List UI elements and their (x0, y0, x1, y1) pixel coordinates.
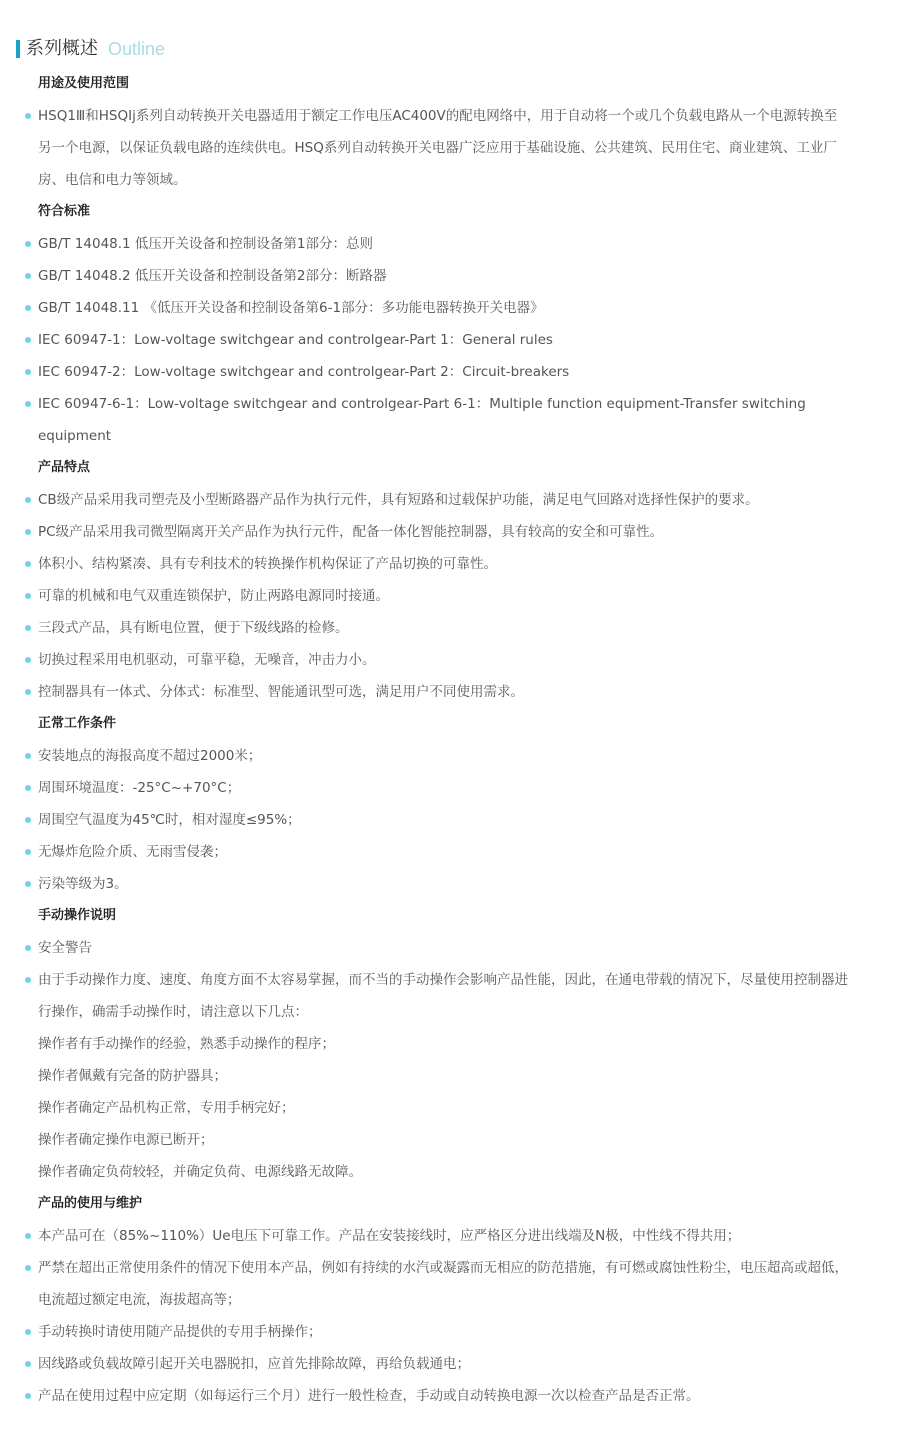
section-heading: 产品的使用与维护 (0, 1188, 900, 1220)
bullet-dot-icon (25, 401, 31, 407)
bullet-dot-icon (25, 337, 31, 343)
list-item-text: 本产品可在（85%~110%）Ue电压下可靠工作。产品在安装接线时，应严格区分进… (38, 1228, 740, 1244)
list-item-text: GB/T 14048.1 低压开关设备和控制设备第1部分：总则 (38, 236, 373, 252)
section-heading: 用途及使用范围 (0, 68, 900, 100)
list-item-text: 操作者佩戴有完备的防护器具； (38, 1068, 227, 1084)
bullet-dot-icon (25, 625, 31, 631)
list-item-text: 操作者有手动操作的经验，熟悉手动操作的程序； (38, 1036, 335, 1052)
list-item-text: 三段式产品，具有断电位置，便于下级线路的检修。 (38, 620, 349, 636)
bullet-dot-icon (25, 977, 31, 983)
bullet-dot-icon (25, 657, 31, 663)
list-item: 周围环境温度：-25°C~+70°C； (0, 772, 900, 804)
list-item: GB/T 14048.2 低压开关设备和控制设备第2部分：断路器 (0, 260, 900, 292)
bullet-dot-icon (25, 1233, 31, 1239)
list-item-text: 操作者确定负荷较轻，并确定负荷、电源线路无故障。 (38, 1164, 362, 1180)
list-item: 控制器具有一体式、分体式：标准型、智能通讯型可选，满足用户不同使用需求。 (0, 676, 900, 708)
list-item: 操作者确定负荷较轻，并确定负荷、电源线路无故障。 (0, 1156, 900, 1188)
bullet-dot-icon (25, 1329, 31, 1335)
list-item-text: 安装地点的海报高度不超过2000米； (38, 748, 261, 764)
bullet-dot-icon (25, 881, 31, 887)
list-item: PC级产品采用我司微型隔离开关产品作为执行元件，配备一体化智能控制器，具有较高的… (0, 516, 900, 548)
bullet-dot-icon (25, 817, 31, 823)
list-item: 周围空气温度为45℃时，相对湿度≤95%； (0, 804, 900, 836)
list-item-text: 因线路或负载故障引起开关电器脱扣，应首先排除故障，再给负载通电； (38, 1356, 470, 1372)
list-item: GB/T 14048.11 《低压开关设备和控制设备第6-1部分：多功能电器转换… (0, 292, 900, 324)
list-item: 操作者佩戴有完备的防护器具； (0, 1060, 900, 1092)
list-item-text: 周围环境温度：-25°C~+70°C； (38, 780, 240, 796)
list-item-text: 无爆炸危险介质、无雨雪侵袭； (38, 844, 227, 860)
bullet-dot-icon (25, 945, 31, 951)
bullet-dot-icon (25, 497, 31, 503)
list-item-text: GB/T 14048.11 《低压开关设备和控制设备第6-1部分：多功能电器转换… (38, 300, 544, 316)
list-item: 三段式产品，具有断电位置，便于下级线路的检修。 (0, 612, 900, 644)
list-item-text: PC级产品采用我司微型隔离开关产品作为执行元件，配备一体化智能控制器，具有较高的… (38, 524, 663, 540)
list-item: GB/T 14048.1 低压开关设备和控制设备第1部分：总则 (0, 228, 900, 260)
list-item-text: 周围空气温度为45℃时，相对湿度≤95%； (38, 812, 301, 828)
bullet-dot-icon (25, 273, 31, 279)
title-english: Outline (108, 38, 165, 60)
list-item: 严禁在超出正常使用条件的情况下使用本产品，例如有持续的水汽或凝露而无相应的防范措… (0, 1252, 900, 1316)
list-item: 可靠的机械和电气双重连锁保护，防止两路电源同时接通。 (0, 580, 900, 612)
list-item: 本产品可在（85%~110%）Ue电压下可靠工作。产品在安装接线时，应严格区分进… (0, 1220, 900, 1252)
list-item: 无爆炸危险介质、无雨雪侵袭； (0, 836, 900, 868)
list-item-text: GB/T 14048.2 低压开关设备和控制设备第2部分：断路器 (38, 268, 387, 284)
list-item-text: 手动转换时请使用随产品提供的专用手柄操作； (38, 1324, 322, 1340)
list-item: 由于手动操作力度、速度、角度方面不太容易掌握，而不当的手动操作会影响产品性能，因… (0, 964, 900, 1028)
list-item-text: 可靠的机械和电气双重连锁保护，防止两路电源同时接通。 (38, 588, 389, 604)
list-item: 产品在使用过程中应定期（如每运行三个月）进行一般性检查，手动或自动转换电源一次以… (0, 1380, 900, 1412)
title-accent-bar (16, 40, 20, 58)
list-item: 操作者有手动操作的经验，熟悉手动操作的程序； (0, 1028, 900, 1060)
list-item-text: IEC 60947-1：Low-voltage switchgear and c… (38, 332, 553, 348)
bullet-dot-icon (25, 241, 31, 247)
list-item-text: IEC 60947-2：Low-voltage switchgear and c… (38, 364, 569, 380)
list-item-text: 操作者确定操作电源已断开； (38, 1132, 214, 1148)
list-item-text: 严禁在超出正常使用条件的情况下使用本产品，例如有持续的水汽或凝露而无相应的防范措… (38, 1260, 848, 1308)
list-item: 操作者确定操作电源已断开； (0, 1124, 900, 1156)
list-item: 操作者确定产品机构正常，专用手柄完好； (0, 1092, 900, 1124)
bullet-dot-icon (25, 785, 31, 791)
bullet-dot-icon (25, 593, 31, 599)
list-item-text: 由于手动操作力度、速度、角度方面不太容易掌握，而不当的手动操作会影响产品性能，因… (38, 972, 848, 1020)
bullet-dot-icon (25, 1361, 31, 1367)
list-item-text: 控制器具有一体式、分体式：标准型、智能通讯型可选，满足用户不同使用需求。 (38, 684, 524, 700)
list-item: 切换过程采用电机驱动，可靠平稳，无噪音，冲击力小。 (0, 644, 900, 676)
list-item: CB级产品采用我司塑壳及小型断路器产品作为执行元件，具有短路和过载保护功能，满足… (0, 484, 900, 516)
list-item: 安装地点的海报高度不超过2000米； (0, 740, 900, 772)
section-heading: 符合标准 (0, 196, 900, 228)
section-title: 系列概述 Outline (16, 38, 165, 60)
outline-content: 用途及使用范围HSQ1Ⅲ和HSQIj系列自动转换开关电器适用于额定工作电压AC4… (0, 68, 900, 1412)
list-item-text: 体积小、结构紧凑、具有专利技术的转换操作机构保证了产品切换的可靠性。 (38, 556, 497, 572)
list-item: 污染等级为3。 (0, 868, 900, 900)
section-heading: 手动操作说明 (0, 900, 900, 932)
list-item: HSQ1Ⅲ和HSQIj系列自动转换开关电器适用于额定工作电压AC400V的配电网… (0, 100, 900, 196)
list-item: IEC 60947-1：Low-voltage switchgear and c… (0, 324, 900, 356)
list-item-text: CB级产品采用我司塑壳及小型断路器产品作为执行元件，具有短路和过载保护功能，满足… (38, 492, 759, 508)
list-item-text: 产品在使用过程中应定期（如每运行三个月）进行一般性检查，手动或自动转换电源一次以… (38, 1388, 700, 1404)
list-item-text: IEC 60947-6-1：Low-voltage switchgear and… (38, 396, 806, 444)
list-item-text: 污染等级为3。 (38, 876, 128, 892)
list-item-text: HSQ1Ⅲ和HSQIj系列自动转换开关电器适用于额定工作电压AC400V的配电网… (38, 108, 837, 188)
bullet-dot-icon (25, 561, 31, 567)
bullet-dot-icon (25, 369, 31, 375)
bullet-dot-icon (25, 113, 31, 119)
list-item: 因线路或负载故障引起开关电器脱扣，应首先排除故障，再给负载通电； (0, 1348, 900, 1380)
bullet-dot-icon (25, 689, 31, 695)
list-item: 安全警告 (0, 932, 900, 964)
bullet-dot-icon (25, 529, 31, 535)
list-item-text: 安全警告 (38, 940, 92, 956)
bullet-dot-icon (25, 849, 31, 855)
list-item-text: 切换过程采用电机驱动，可靠平稳，无噪音，冲击力小。 (38, 652, 376, 668)
list-item: 体积小、结构紧凑、具有专利技术的转换操作机构保证了产品切换的可靠性。 (0, 548, 900, 580)
section-heading: 产品特点 (0, 452, 900, 484)
bullet-dot-icon (25, 1393, 31, 1399)
bullet-dot-icon (25, 1265, 31, 1271)
title-chinese: 系列概述 (26, 38, 98, 60)
list-item: IEC 60947-2：Low-voltage switchgear and c… (0, 356, 900, 388)
list-item: 手动转换时请使用随产品提供的专用手柄操作； (0, 1316, 900, 1348)
list-item: IEC 60947-6-1：Low-voltage switchgear and… (0, 388, 900, 452)
bullet-dot-icon (25, 753, 31, 759)
section-heading: 正常工作条件 (0, 708, 900, 740)
list-item-text: 操作者确定产品机构正常，专用手柄完好； (38, 1100, 295, 1116)
bullet-dot-icon (25, 305, 31, 311)
